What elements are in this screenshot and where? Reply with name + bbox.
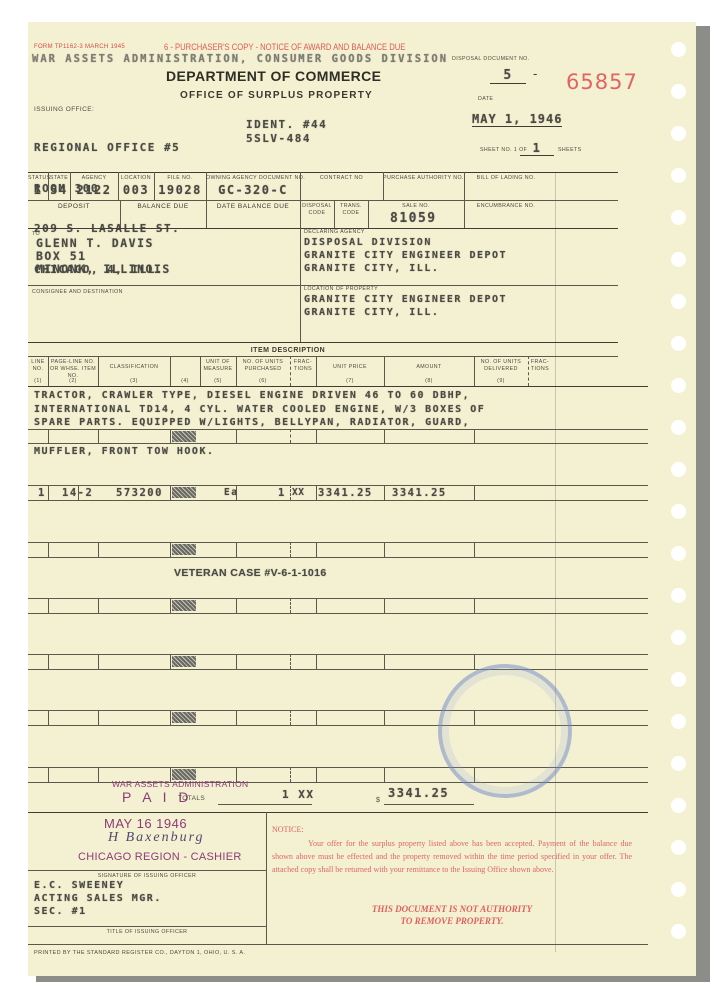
col-header-line-no: LINE NO. [28,359,48,373]
divider [266,812,267,944]
status-value: 1 [28,183,48,197]
rule [28,926,266,927]
rule [28,944,648,945]
issuing-office-line: REGIONAL OFFICE #5 [34,141,180,155]
sheet-total: 1 [520,141,554,156]
sprocket-hole [671,756,686,771]
sheets-label: SHEETS [558,147,582,153]
col-number: (8) [384,378,474,384]
rule [28,342,618,343]
rule [28,542,648,543]
register-mark [172,656,196,667]
office-title: OFFICE OF SURPLUS PROPERTY [180,90,373,101]
sprocket-hole [671,546,686,561]
sprocket-hole [671,714,686,729]
title-label: TITLE OF ISSUING OFFICER [28,929,266,935]
sprocket-hole [671,462,686,477]
col-number: (4) [170,378,200,384]
rule [28,654,648,655]
col-number: (7) [316,378,384,384]
item-description: TRACTOR, CRAWLER TYPE, DIESEL ENGINE DRI… [34,389,485,430]
declaring-line: GRANITE CITY, ILL. [304,262,507,275]
col-header-unit-price: UNIT PRICE [316,364,384,370]
col-number: (3) [98,378,170,384]
register-mark [172,431,196,442]
department-title: DEPARTMENT OF COMMERCE [166,68,381,84]
form-number: FORM TP1162-3 MARCH 1945 [34,44,125,50]
paid-stamp-agency: WAR ASSETS ADMINISTRATION [112,779,248,789]
disposal-doc-prefix: 5 [490,68,526,84]
col-header-classification: CLASSIFICATION [98,364,170,370]
sale-no-label: SALE NO. [368,203,464,209]
officer-block: E.C. SWEENEY ACTING SALES MGR. SEC. #1 [34,879,162,918]
totals-label: TOTALS [178,795,205,802]
total-amount: 3341.25 [388,786,449,800]
sprocket-hole [671,798,686,813]
rule [28,557,648,558]
location-line: GRANITE CITY, ILL. [304,306,507,319]
sprocket-hole [671,504,686,519]
sprocket-hole [671,882,686,897]
sprocket-hole [671,420,686,435]
warning-line: TO REMOVE PROPERTY. [272,915,632,927]
rule [28,429,648,430]
location-label: LOCATION [118,175,154,181]
col-number: (2) [48,378,98,384]
currency-symbol: $ [376,797,380,804]
sale-no-value: 81059 [390,211,437,226]
date-value: MAY 1, 1946 [472,112,562,127]
col-header-page-line: PAGE-LINE NO. OR WHSE. ITEM NO. [48,359,98,380]
col-header-fractions-delivered: FRAC-TIONS [528,359,552,373]
rule [28,812,648,813]
rule [28,598,648,599]
date-balance-due-label: DATE BALANCE DUE [206,203,300,210]
state-value: 54 [48,183,70,197]
sprocket-hole [671,924,686,939]
ident-block: IDENT. #44 5SLV-484 [246,118,327,146]
sprocket-hole [671,252,686,267]
cell-unit-price: 3341.25 [318,487,373,499]
agency-label: AGENCY [70,175,118,181]
state-label: STATE [48,175,70,181]
deposit-label: DEPOSIT [28,203,120,210]
description-line: INTERNATIONAL TD14, 4 CYL. WATER COOLED … [34,403,485,417]
location-value: 003 [118,183,154,197]
col-number: (9) [474,378,528,384]
officer-name: E.C. SWEENEY [34,879,162,892]
col-header-unit-of-measure: UNIT OF MEASURE [200,359,236,373]
rule [28,200,618,201]
col-header-amount: AMOUNT [384,364,474,370]
disposal-code-label: DISPOSAL CODE [300,203,334,217]
rule [28,172,618,173]
rule [28,356,618,357]
rule [384,804,474,805]
encumbrance-label: ENCUMBRANCE NO. [464,203,548,209]
location-of-property-label: LOCATION OF PROPERTY [304,286,378,292]
declaring-agency-label: DECLARING AGENCY [304,229,365,235]
sprocket-hole [671,588,686,603]
disposal-doc-label: DISPOSAL DOCUMENT NO. [452,56,530,62]
date-label: DATE [478,96,493,102]
sprocket-hole [671,336,686,351]
perforation-line [555,172,556,952]
rule [28,500,648,501]
sprocket-hole [671,42,686,57]
trans-code-label: TRANS. CODE [334,203,368,217]
consignee-label: CONSIGNEE AND DESTINATION [32,289,123,295]
official-seal-stamp [438,664,572,798]
rule [28,485,648,486]
agency-overprint: WAR ASSETS ADMINISTRATION, CONSUMER GOOD… [32,53,448,65]
rule [28,669,648,670]
col-header-fractions: FRAC-TIONS [290,359,316,373]
sprocket-hole [671,168,686,183]
cell-classification: 573200 [116,487,163,499]
total-units: 1 XX [282,788,315,801]
veteran-case-note: VETERAN CASE #V-6-1-1016 [174,567,327,579]
sprocket-hole [671,294,686,309]
serial-number: 65857 [566,70,638,94]
sprocket-hole [671,840,686,855]
rule [218,804,312,805]
register-mark [172,544,196,555]
document-page: FORM TP1162-3 MARCH 1945 6 - PURCHASER'S… [28,22,696,976]
declaring-agency: DISPOSAL DIVISION GRANITE CITY ENGINEER … [304,236,507,275]
col-number: (6) [236,378,290,384]
sprocket-hole [671,672,686,687]
recipient-city: MINONK, ILLINOIS [36,263,171,276]
sprocket-hole [671,126,686,141]
file-no-label: FILE NO. [154,175,206,181]
rule [28,613,648,614]
rule [28,870,266,871]
notice-title: NOTICE: [272,825,304,834]
sprocket-hole [671,630,686,645]
rule [28,443,648,444]
description-line: MUFFLER, FRONT TOW HOOK. [34,446,215,457]
cell-units-purchased: 1 [278,487,286,499]
not-authority-warning: THIS DOCUMENT IS NOT AUTHORITY TO REMOVE… [272,903,632,927]
col-header-units-purchased: NO. OF UNITS PURCHASED [236,359,290,373]
paid-date-stamp: MAY 16 1946 [104,816,187,831]
cell-line-no: 1 [38,487,46,499]
item-description-title: ITEM DESCRIPTION [28,347,548,354]
printer-credit: PRINTED BY THE STANDARD REGISTER CO., DA… [34,950,245,956]
location-of-property: GRANITE CITY ENGINEER DEPOT GRANITE CITY… [304,293,507,319]
officer-title: ACTING SALES MGR. [34,892,162,905]
issuing-office-label: ISSUING OFFICE: [34,106,94,113]
paid-region-stamp: CHICAGO REGION - CASHIER [78,851,242,863]
bill-of-lading-label: BILL OF LADING NO. [464,175,548,181]
owning-doc-label: OWNING AGENCY DOCUMENT NO. [206,175,300,181]
notice-body: Your offer for the surplus property list… [272,837,632,876]
register-mark [172,712,196,723]
rule [28,386,648,387]
sprocket-hole [671,378,686,393]
warning-line: THIS DOCUMENT IS NOT AUTHORITY [272,903,632,915]
owning-doc-value: GC-320-C [206,183,300,197]
copy-notice: 6 - PURCHASER'S COPY - NOTICE OF AWARD A… [164,42,405,52]
register-mark [172,487,196,498]
purchase-authority-label: PURCHASE AUTHORITY NO. [383,175,464,181]
description-line: SPARE PARTS. EQUIPPED W/LIGHTS, BELLYPAN… [34,416,485,430]
declaring-line: GRANITE CITY ENGINEER DEPOT [304,249,507,262]
sprocket-hole [671,210,686,225]
declaring-line: DISPOSAL DIVISION [304,236,507,249]
cell-fractions: XX [292,487,304,498]
file-no-value: 19028 [154,183,206,197]
ident-number: IDENT. #44 [246,118,327,132]
description-line: TRACTOR, CRAWLER TYPE, DIESEL ENGINE DRI… [34,389,485,403]
ident-code: 5SLV-484 [246,132,327,146]
cashier-signature: H Baxenburg [108,830,205,846]
agency-value: 2122 [70,183,118,197]
balance-due-label: BALANCE DUE [120,203,206,210]
recipient-address: GLENN T. DAVIS BOX 51 MINONK, ILLINOIS [36,237,171,276]
sprocket-hole [671,84,686,99]
officer-section: SEC. #1 [34,905,162,918]
cell-amount: 3341.25 [392,487,447,499]
status-label: STATUS [28,175,48,181]
location-line: GRANITE CITY ENGINEER DEPOT [304,293,507,306]
col-header-units-delivered: NO. OF UNITS DELIVERED [474,359,528,373]
col-number: (5) [200,378,236,384]
disposal-doc-dash: - [533,66,537,81]
col-number: (1) [28,378,48,384]
contract-label: CONTRACT NO [300,175,383,181]
register-mark [172,600,196,611]
